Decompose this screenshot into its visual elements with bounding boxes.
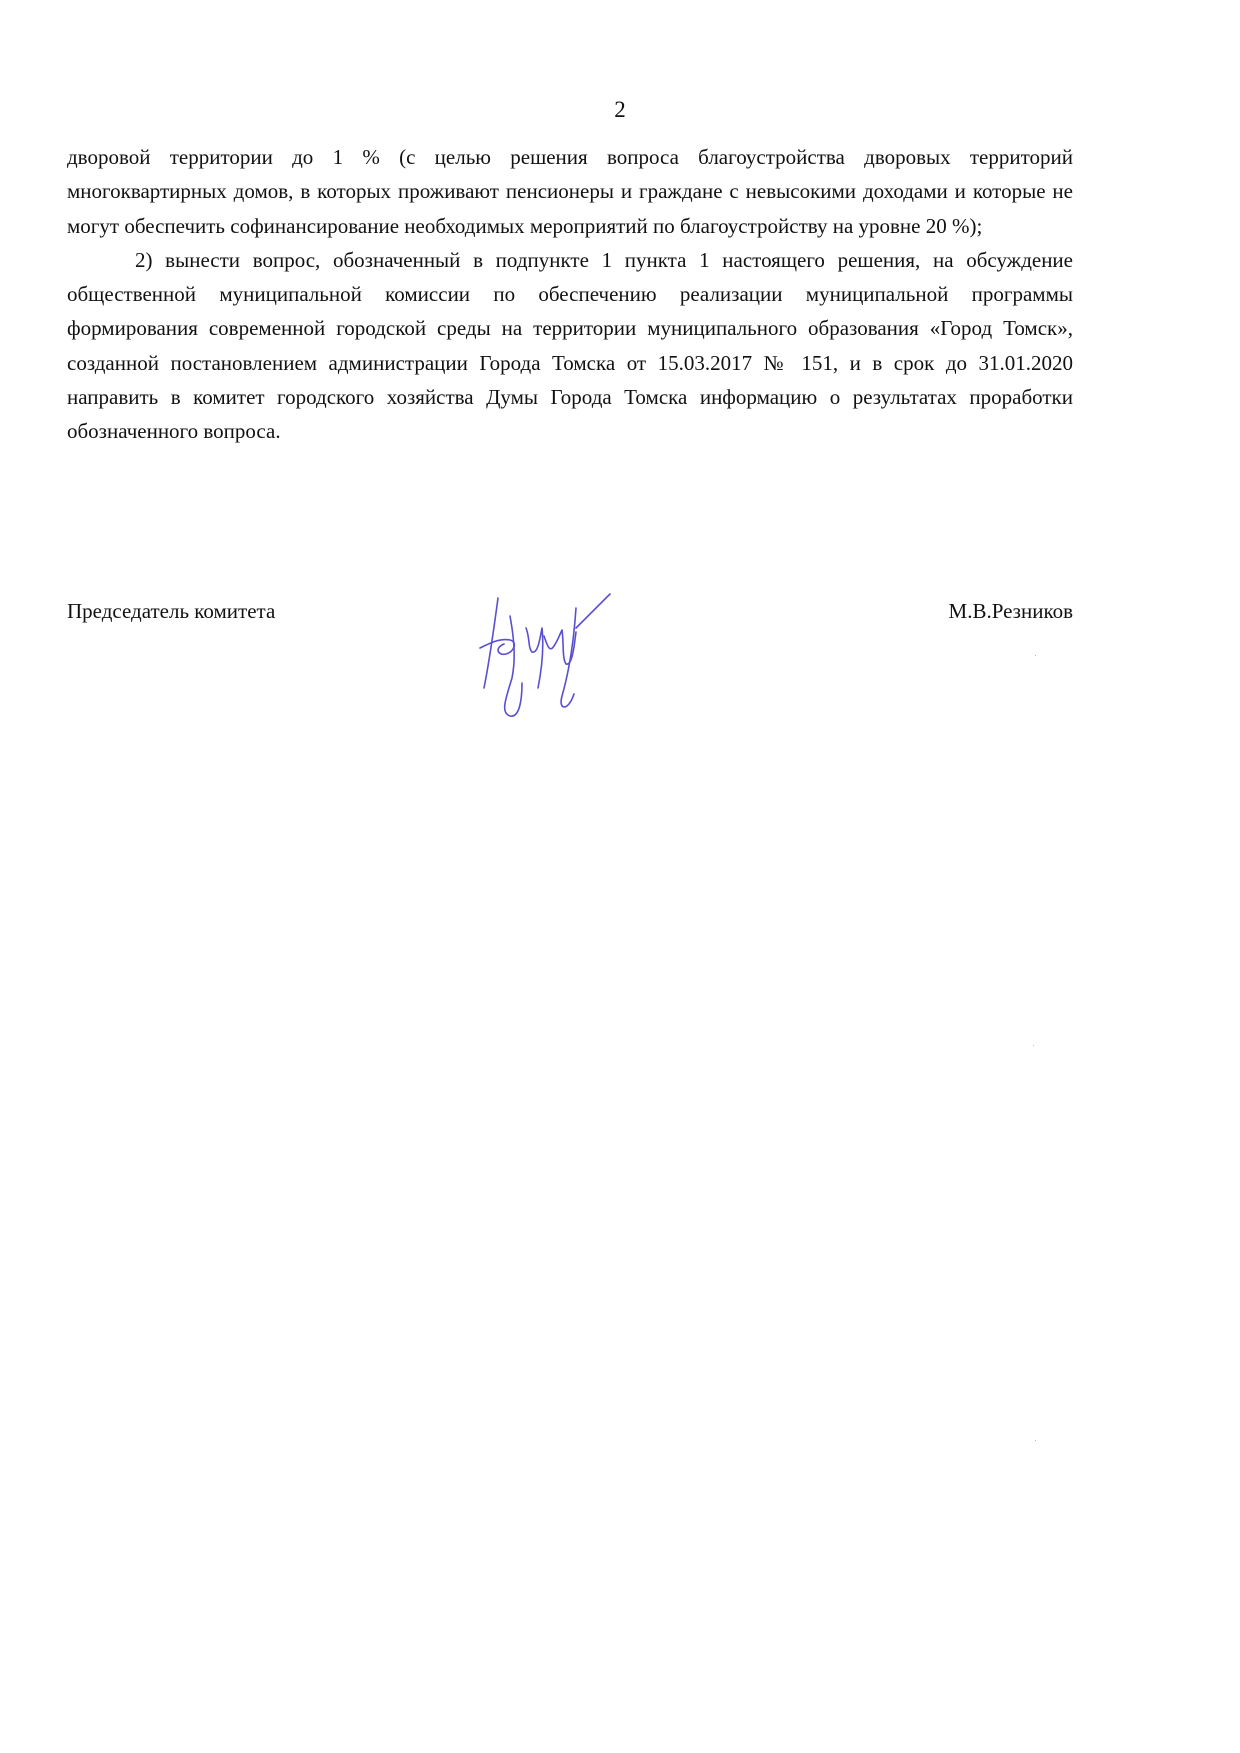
- scan-artifact: [1033, 270, 1034, 271]
- document-body: дворовой территории до 1 % (с целью реше…: [67, 140, 1073, 449]
- scan-artifact: [1035, 655, 1036, 656]
- paragraph-item-2: 2) вынести вопрос, обозначенный в подпун…: [67, 243, 1073, 449]
- page-number: 2: [0, 96, 1240, 124]
- handwritten-signature-icon: [470, 588, 680, 728]
- signatory-title: Председатель комитета: [67, 596, 275, 626]
- signatory-name: М.В.Резников: [949, 596, 1073, 626]
- paragraph-continuation: дворовой территории до 1 % (с целью реше…: [67, 140, 1073, 243]
- scan-artifact: [1035, 1440, 1036, 1441]
- scan-artifact: [1033, 1045, 1034, 1046]
- document-page: 2 дворовой территории до 1 % (с целью ре…: [0, 0, 1240, 1753]
